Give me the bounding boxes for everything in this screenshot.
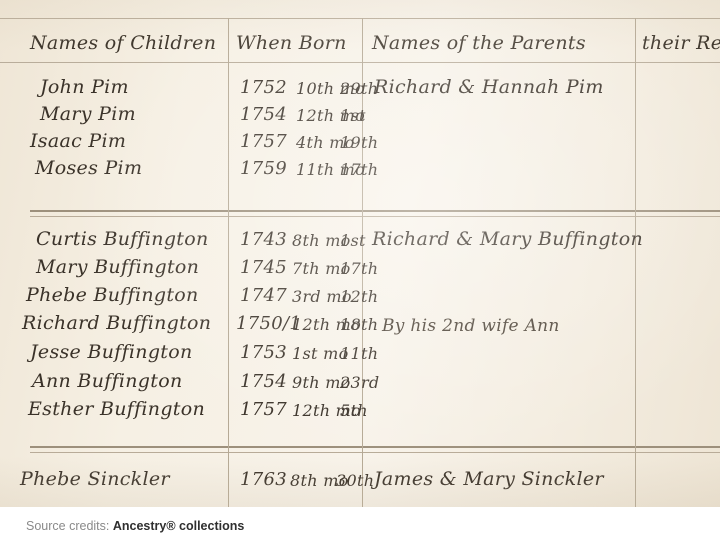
register-page-photo: Names of Children When Born Names of the… xyxy=(0,0,720,507)
child-name: Isaac Pim xyxy=(30,130,126,152)
birth-year: 1752 xyxy=(240,77,287,98)
birth-year: 1743 xyxy=(240,229,287,250)
birth-year: 1763 xyxy=(240,469,287,490)
header-residence: their Resi xyxy=(642,32,720,54)
birth-day: 29th xyxy=(340,79,378,98)
header-bottom-rule xyxy=(0,62,720,63)
birth-year: 1757 xyxy=(240,399,287,420)
parents-name: Richard & Mary Buffington xyxy=(372,228,643,250)
birth-day: 23rd xyxy=(340,373,379,392)
birth-year: 1757 xyxy=(240,131,287,152)
child-name: Jesse Buffington xyxy=(30,341,193,363)
birth-day: 17th xyxy=(340,160,378,179)
birth-day: 17th xyxy=(340,259,378,278)
birth-day: 1st xyxy=(340,231,366,250)
child-name: Curtis Buffington xyxy=(36,228,209,250)
birth-day: 30th xyxy=(336,471,374,490)
birth-year: 1745 xyxy=(240,257,287,278)
header-top-rule xyxy=(0,18,720,19)
birth-year: 1747 xyxy=(240,285,287,306)
child-name: John Pim xyxy=(40,76,129,98)
column-rule-3 xyxy=(635,18,636,507)
birth-year: 1759 xyxy=(240,158,287,179)
child-name: Ann Buffington xyxy=(32,370,183,392)
birth-day: 18th xyxy=(340,315,378,334)
header-children: Names of Children xyxy=(30,32,216,54)
child-name: Phebe Sinckler xyxy=(20,468,170,490)
parents-note: By his 2nd wife Ann xyxy=(382,316,560,336)
birth-year: 1754 xyxy=(240,371,287,392)
birth-year: 1753 xyxy=(240,342,287,363)
parents-name: James & Mary Sinckler xyxy=(374,468,604,490)
child-name: Moses Pim xyxy=(35,157,142,179)
child-name: Phebe Buffington xyxy=(26,284,199,306)
child-name: Richard Buffington xyxy=(22,312,211,334)
birth-day: 12th xyxy=(340,287,378,306)
parents-name: Richard & Hannah Pim xyxy=(374,76,604,98)
birth-day: 19th xyxy=(340,133,378,152)
birth-day: 11th xyxy=(340,344,378,363)
caption-source: Ancestry® collections xyxy=(113,519,244,533)
group-divider-2 xyxy=(30,446,720,453)
birth-day: 1st xyxy=(340,106,366,125)
column-rule-1 xyxy=(228,18,229,507)
birth-year: 1754 xyxy=(240,104,287,125)
child-name: Mary Pim xyxy=(40,103,136,125)
header-when-born: When Born xyxy=(236,32,347,54)
child-name: Esther Buffington xyxy=(28,398,205,420)
source-credits: Source credits: Ancestry® collections xyxy=(26,519,244,533)
group-divider-1 xyxy=(30,210,720,217)
caption-prefix: Source credits: xyxy=(26,519,113,533)
birth-day: 5th xyxy=(340,401,368,420)
header-parents: Names of the Parents xyxy=(372,32,586,54)
child-name: Mary Buffington xyxy=(36,256,199,278)
